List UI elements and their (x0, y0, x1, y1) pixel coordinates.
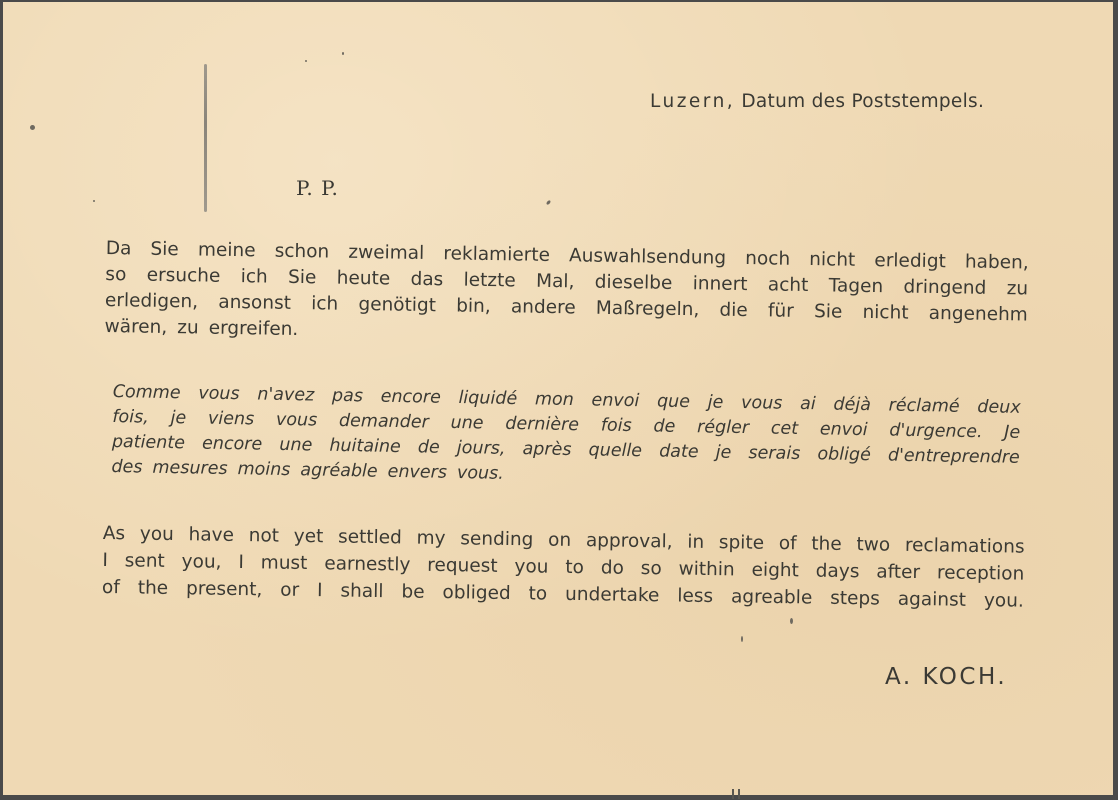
word: I (238, 549, 244, 576)
word: obliged (442, 579, 511, 607)
word: vous (741, 391, 783, 417)
word: reclamations (905, 532, 1025, 561)
word: sent (125, 547, 165, 575)
word: Sie (150, 237, 179, 263)
word: patiente (112, 430, 185, 456)
paragraph-german: DaSiemeineschonzweimalreklamierteAuswahl… (104, 236, 1029, 354)
word: agreable (731, 583, 813, 611)
ink-spot (546, 200, 552, 206)
word: less (677, 583, 713, 611)
word: ergreifen. (208, 316, 298, 343)
word: not (248, 522, 279, 549)
word: encore (380, 385, 441, 411)
word: je (708, 390, 724, 415)
word: of (779, 530, 797, 557)
signature: A. KOCH. (885, 664, 1007, 690)
word: je (716, 441, 732, 466)
word: the (138, 575, 169, 602)
word: you (514, 553, 548, 581)
word: zweimal (348, 240, 424, 267)
word: zu (1006, 276, 1028, 302)
word: to (565, 554, 584, 581)
word: days (816, 558, 860, 586)
word: obligé (817, 442, 871, 468)
word: meine (198, 237, 256, 264)
word: Tagen (829, 273, 884, 300)
word: déjà (833, 393, 871, 419)
word: in (687, 529, 704, 556)
word: fois (601, 414, 632, 440)
place-name: Luzern, (650, 91, 735, 112)
word: vous (276, 408, 318, 434)
word: Auswahlsendung (569, 243, 726, 271)
word: I (317, 577, 323, 604)
word: deux (977, 395, 1021, 421)
word: liquidé (458, 386, 517, 412)
word: dringend (903, 275, 986, 302)
word: Mal, (536, 269, 575, 296)
word: andere (511, 294, 576, 321)
word: envoi (820, 417, 868, 443)
word: approval, (586, 527, 673, 555)
word: Comme (113, 380, 181, 406)
word: bin, (456, 294, 491, 321)
word: encore (202, 432, 263, 458)
word: nicht (809, 247, 855, 274)
postcard: Luzern, Datum des Poststempels. P. P. Da… (3, 2, 1113, 795)
word: quelle (588, 438, 642, 464)
word: you (140, 521, 174, 549)
word: have (188, 521, 234, 549)
word: Je (1004, 421, 1020, 446)
word: settled (338, 523, 402, 551)
word: après (522, 437, 571, 463)
word: yet (294, 523, 324, 550)
word: jours, (457, 436, 506, 462)
ink-spot (93, 200, 95, 202)
word: present, (186, 575, 263, 603)
word: sending (460, 525, 534, 553)
word: must (261, 549, 308, 577)
word: ich (311, 291, 338, 317)
word: demander (339, 409, 429, 436)
pencil-stroke-mark (204, 64, 207, 212)
word: heute (337, 266, 391, 293)
paragraph-english: Asyouhavenotyetsettledmysendingonapprova… (102, 520, 1025, 615)
word: ansonst (218, 290, 291, 317)
word: n'avez (257, 383, 314, 409)
word: Da (106, 236, 132, 262)
word: des (111, 455, 142, 481)
word: cet (771, 416, 799, 441)
word: dernière (505, 412, 579, 438)
word: angenehm (929, 301, 1028, 329)
word: réclamé (888, 394, 959, 420)
word: ich (240, 264, 267, 290)
word: vous (198, 381, 240, 407)
word: request (427, 552, 498, 580)
word: erledigen, (105, 288, 199, 315)
word: do (601, 554, 624, 581)
word: d'urgence. (889, 419, 983, 446)
word: Sie (288, 265, 317, 291)
word: moins (237, 457, 290, 483)
word: agréable (300, 458, 378, 484)
date-note: Datum des Poststempels. (741, 91, 984, 112)
salutation: P. P. (296, 176, 339, 200)
word: haben, (965, 249, 1029, 276)
word: huitaine (329, 434, 401, 460)
word: steps (830, 585, 880, 613)
word: of (102, 574, 120, 601)
word: so (105, 262, 126, 288)
word: my (416, 525, 445, 552)
word: be (401, 578, 425, 605)
word: ersuche (147, 263, 221, 290)
word: une (450, 411, 483, 437)
place-date-line: Luzern, Datum des Poststempels. (650, 91, 984, 112)
word: reklamierte (443, 241, 550, 269)
word: de (418, 435, 440, 460)
word: noch (745, 246, 790, 273)
word: que (657, 389, 690, 415)
ink-spot (342, 52, 344, 55)
word: two (856, 531, 890, 558)
word: earnestly (324, 550, 410, 578)
word: against (898, 586, 967, 614)
word: shall (340, 578, 383, 606)
word: genötigt (358, 292, 436, 319)
word: letzte (463, 268, 516, 295)
word: undertake (565, 581, 660, 609)
word: für (768, 298, 794, 324)
word: date (659, 440, 699, 466)
word: or (280, 577, 299, 604)
word: ai (800, 392, 816, 417)
word: I (102, 547, 108, 574)
paragraph-french: Commevousn'avezpasencoreliquidémonenvoiq… (111, 380, 1021, 496)
word: envers (387, 460, 447, 486)
ink-spot (741, 636, 743, 642)
word: serais (748, 441, 800, 467)
word: erledigt (874, 248, 946, 275)
word: As (103, 520, 126, 547)
word: pas (332, 384, 363, 410)
word: acht (768, 272, 809, 299)
word: after (876, 558, 920, 586)
word: fois, (112, 405, 149, 431)
ink-spot (305, 60, 307, 62)
word: nicht (862, 300, 908, 327)
word: on (548, 527, 571, 554)
word: within (678, 556, 735, 584)
word: so (641, 555, 662, 582)
word: dieselbe (595, 270, 673, 297)
word: you. (984, 587, 1024, 615)
word: wären, (104, 314, 167, 341)
word: mesures (152, 456, 228, 482)
ink-spot (790, 618, 793, 624)
word: mon (535, 387, 574, 413)
word: Maßregeln, (596, 296, 700, 324)
word: you, (181, 548, 221, 576)
word: de (653, 414, 675, 439)
word: Sie (814, 299, 843, 325)
word: vous. (457, 461, 504, 487)
edge-tick-mark (732, 789, 740, 799)
word: das (410, 267, 443, 294)
word: innert (692, 271, 747, 298)
ink-spot (30, 125, 35, 130)
word: une (279, 433, 312, 459)
word: envoi (591, 388, 639, 414)
word: to (528, 580, 547, 607)
word: schon (274, 239, 329, 266)
word: régler (697, 415, 749, 441)
word: zu (177, 315, 199, 341)
word: spite (719, 529, 765, 557)
word: reception (937, 559, 1025, 587)
word: die (719, 298, 748, 324)
word: viens (208, 407, 255, 433)
word: d'entreprendre (888, 444, 1020, 471)
word: eight (751, 557, 799, 585)
word: the (811, 531, 842, 558)
word: je (170, 406, 186, 431)
